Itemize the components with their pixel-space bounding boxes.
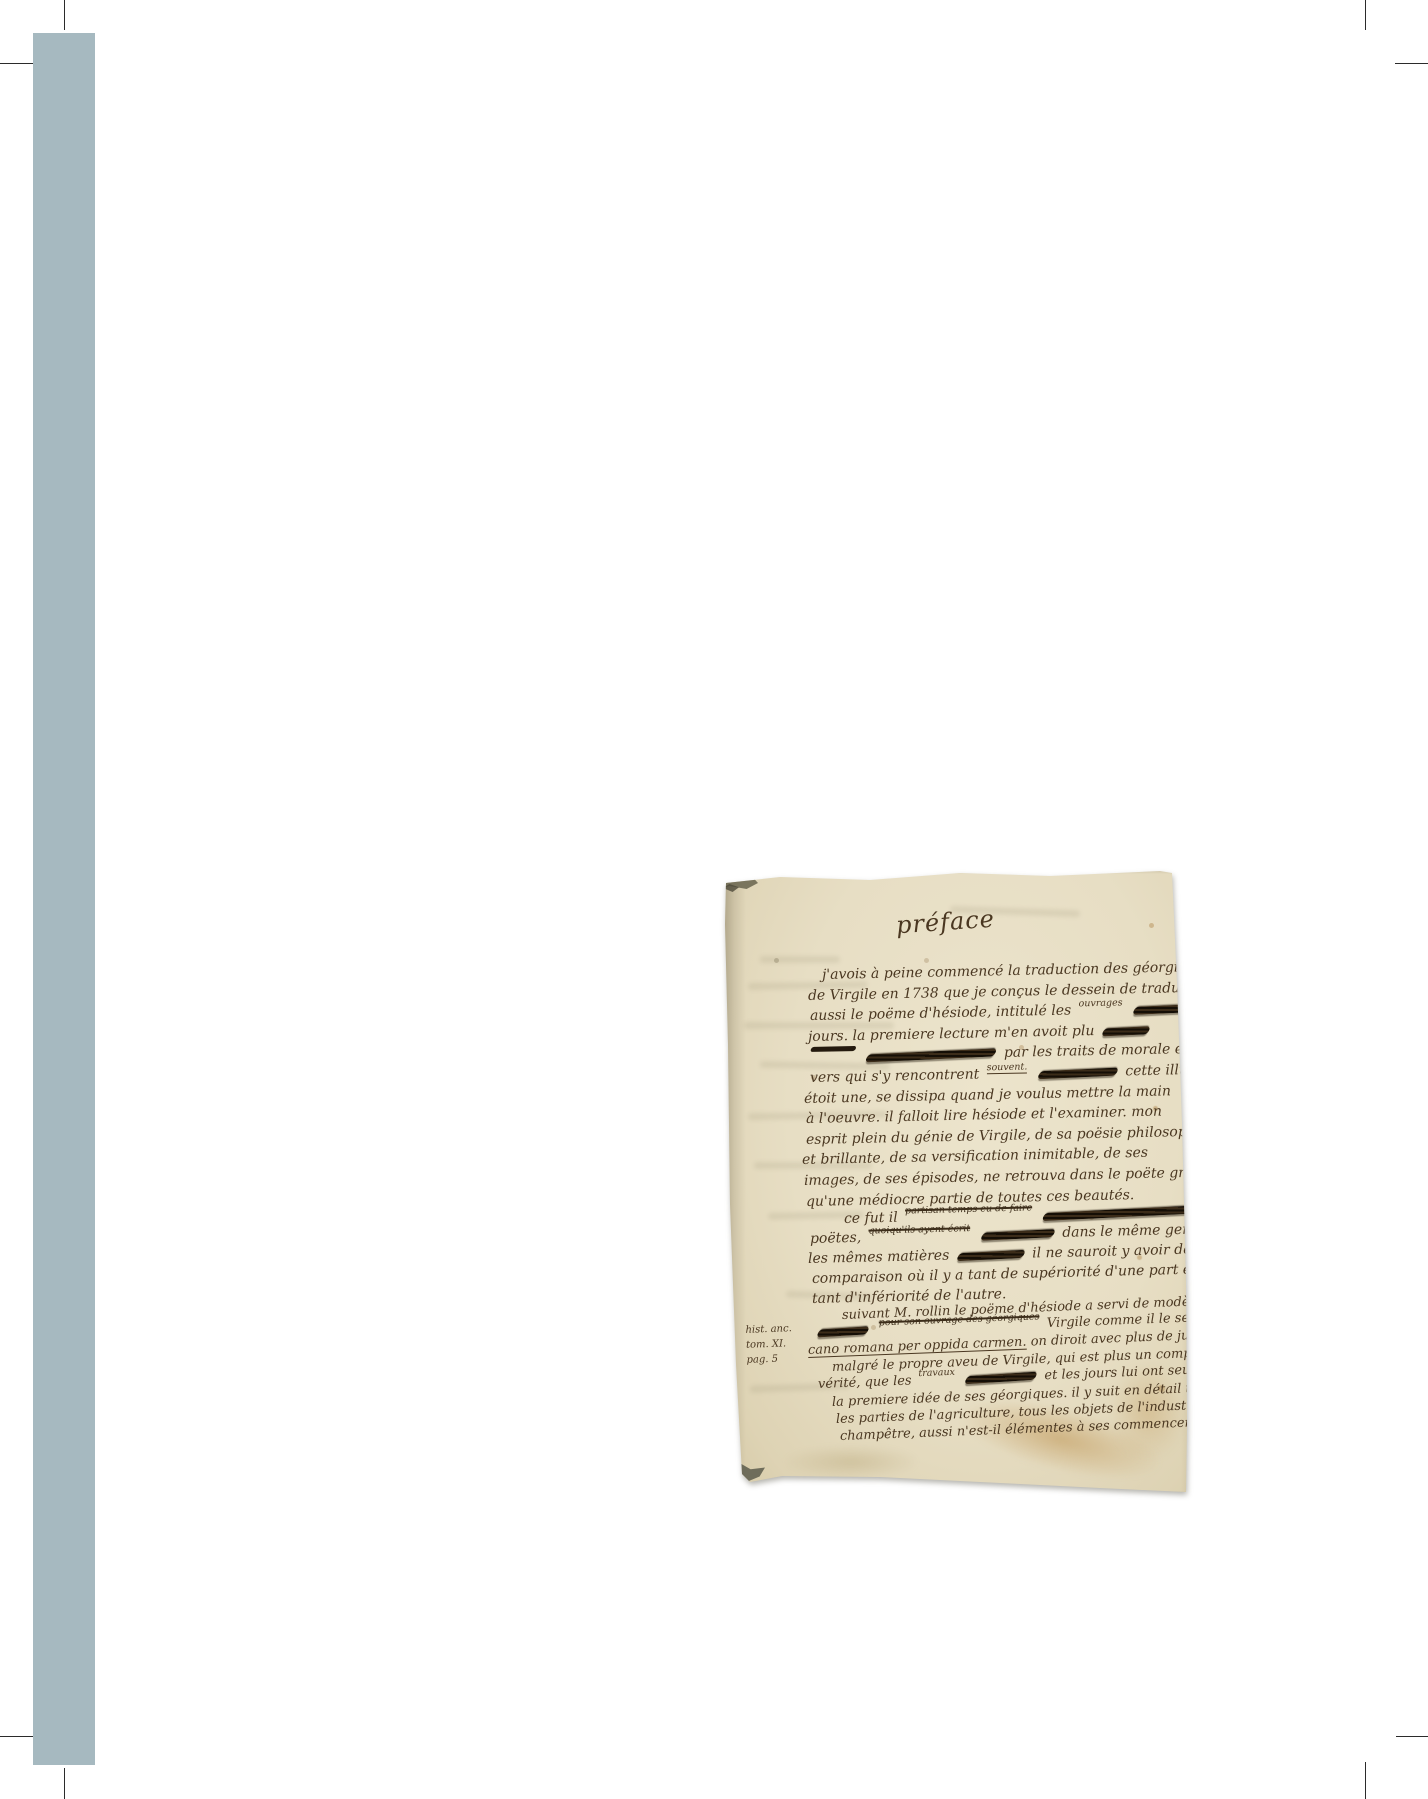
manuscript-title: préface bbox=[895, 905, 996, 940]
text-segment: il ne sauroit y avoir de bbox=[1032, 1242, 1192, 1262]
manuscript-line: esprit plein du génie de Virgile, de sa … bbox=[806, 1123, 1227, 1148]
margin-note: hist. anc.tom. XI.pag. 5 bbox=[745, 1321, 793, 1368]
text-segment: dans le même genre, et presque sur bbox=[1062, 1219, 1318, 1241]
text-segment: et les bbox=[1192, 999, 1231, 1016]
manuscript-line: étoit une, se dissipa quand je voulus me… bbox=[804, 1083, 1171, 1107]
crop-mark-bottom-right-horizontal bbox=[1396, 1736, 1428, 1737]
manuscript-line: par les traits de morale et les beaux bbox=[808, 1040, 1260, 1065]
ink-blot-crossout bbox=[1101, 1026, 1151, 1036]
interline-insertion: ouvrages bbox=[1078, 998, 1122, 1010]
text-segment: étoit une, se dissipa quand je voulus me… bbox=[804, 1083, 1171, 1107]
stain bbox=[786, 1446, 916, 1478]
manuscript-photo: préface hist. anc.tom. XI.pag. 5 j'avois… bbox=[720, 864, 1198, 1504]
crop-mark-bottom-left-horizontal bbox=[0, 1736, 33, 1737]
interline-insertion: travaux bbox=[918, 1367, 955, 1379]
scan-page: { "page": { "background_color": "#ffffff… bbox=[0, 0, 1428, 1799]
margin-note-line: hist. anc. bbox=[745, 1321, 792, 1338]
text-segment: cette illusion, si c'en bbox=[1125, 1060, 1271, 1079]
manuscript-sheet: préface hist. anc.tom. XI.pag. 5 j'avois… bbox=[720, 864, 1198, 1504]
foxing-specks bbox=[720, 864, 723, 867]
crop-mark-top-left-horizontal bbox=[0, 63, 33, 64]
text-segment: aussi le poëme d'hésiode, intitulé les bbox=[810, 1003, 1072, 1024]
interline-crossed-insertion: partisan temps eu de faire bbox=[905, 1202, 1032, 1216]
ink-blot-crossout bbox=[865, 1049, 998, 1063]
ink-blot-crossout bbox=[1037, 1068, 1119, 1080]
text-segment: le parallele de ces deux bbox=[1202, 1198, 1370, 1218]
interline-crossed-insertion: quoiqu'ils ayent écrit bbox=[868, 1223, 970, 1236]
corner-fray bbox=[723, 884, 739, 892]
edge-tassel bbox=[738, 1481, 747, 1493]
text-segment: à l'oeuvre. il falloit lire hésiode et l… bbox=[806, 1104, 1162, 1127]
manuscript-line: et brillante, de sa versification inimit… bbox=[802, 1145, 1148, 1168]
interline-insertion: souvent. bbox=[987, 1061, 1028, 1074]
crop-mark-top-left-vertical bbox=[64, 0, 65, 30]
ink-blot-crossout bbox=[1132, 1005, 1186, 1015]
sheet-top-rim bbox=[720, 864, 1198, 874]
margin-note-line: tom. XI. bbox=[746, 1336, 793, 1353]
manuscript-line: j'avois à peine commencé la traduction d… bbox=[822, 959, 1212, 983]
interline-crossout bbox=[810, 1046, 857, 1052]
text-segment: les mêmes matières bbox=[808, 1248, 950, 1267]
corner-fray bbox=[720, 874, 758, 889]
manuscript-line: à l'oeuvre. il falloit lire hésiode et l… bbox=[806, 1104, 1162, 1127]
ink-blot-crossout bbox=[816, 1326, 870, 1337]
text-segment: vers qui s'y rencontrent bbox=[810, 1066, 980, 1086]
manuscript-line: aussi le poëme d'hésiode, intitulé les o… bbox=[810, 999, 1231, 1024]
text-segment: vérité, que les bbox=[818, 1374, 912, 1393]
edge-tassel bbox=[750, 1483, 757, 1492]
edge-bleed-bar bbox=[33, 33, 95, 1765]
text-segment: et brillante, de sa versification inimit… bbox=[802, 1145, 1148, 1168]
ink-blot-crossout bbox=[956, 1250, 1026, 1261]
margin-note-line: pag. 5 bbox=[746, 1351, 793, 1368]
text-segment: poëtes, bbox=[810, 1230, 862, 1247]
crop-mark-top-right-horizontal bbox=[1395, 63, 1428, 64]
text-segment: j'avois à peine commencé la traduction d… bbox=[822, 959, 1212, 983]
sheet-spine-shadow bbox=[720, 864, 746, 1504]
ink-blot-crossout bbox=[1041, 1205, 1196, 1221]
crop-mark-top-right-vertical bbox=[1365, 0, 1366, 30]
crop-mark-bottom-right-vertical bbox=[1365, 1762, 1366, 1799]
ink-blot-crossout bbox=[980, 1229, 1056, 1241]
text-segment: par les traits de morale et les beaux bbox=[1004, 1040, 1260, 1061]
sheet-bottom-rim bbox=[720, 1491, 1198, 1504]
text-segment: esprit plein du génie de Virgile, de sa … bbox=[806, 1123, 1227, 1148]
corner-fray bbox=[729, 1463, 765, 1481]
show-through-mark bbox=[760, 956, 840, 963]
ink-blot-crossout bbox=[964, 1372, 1038, 1385]
crop-mark-bottom-left-vertical bbox=[64, 1768, 65, 1799]
